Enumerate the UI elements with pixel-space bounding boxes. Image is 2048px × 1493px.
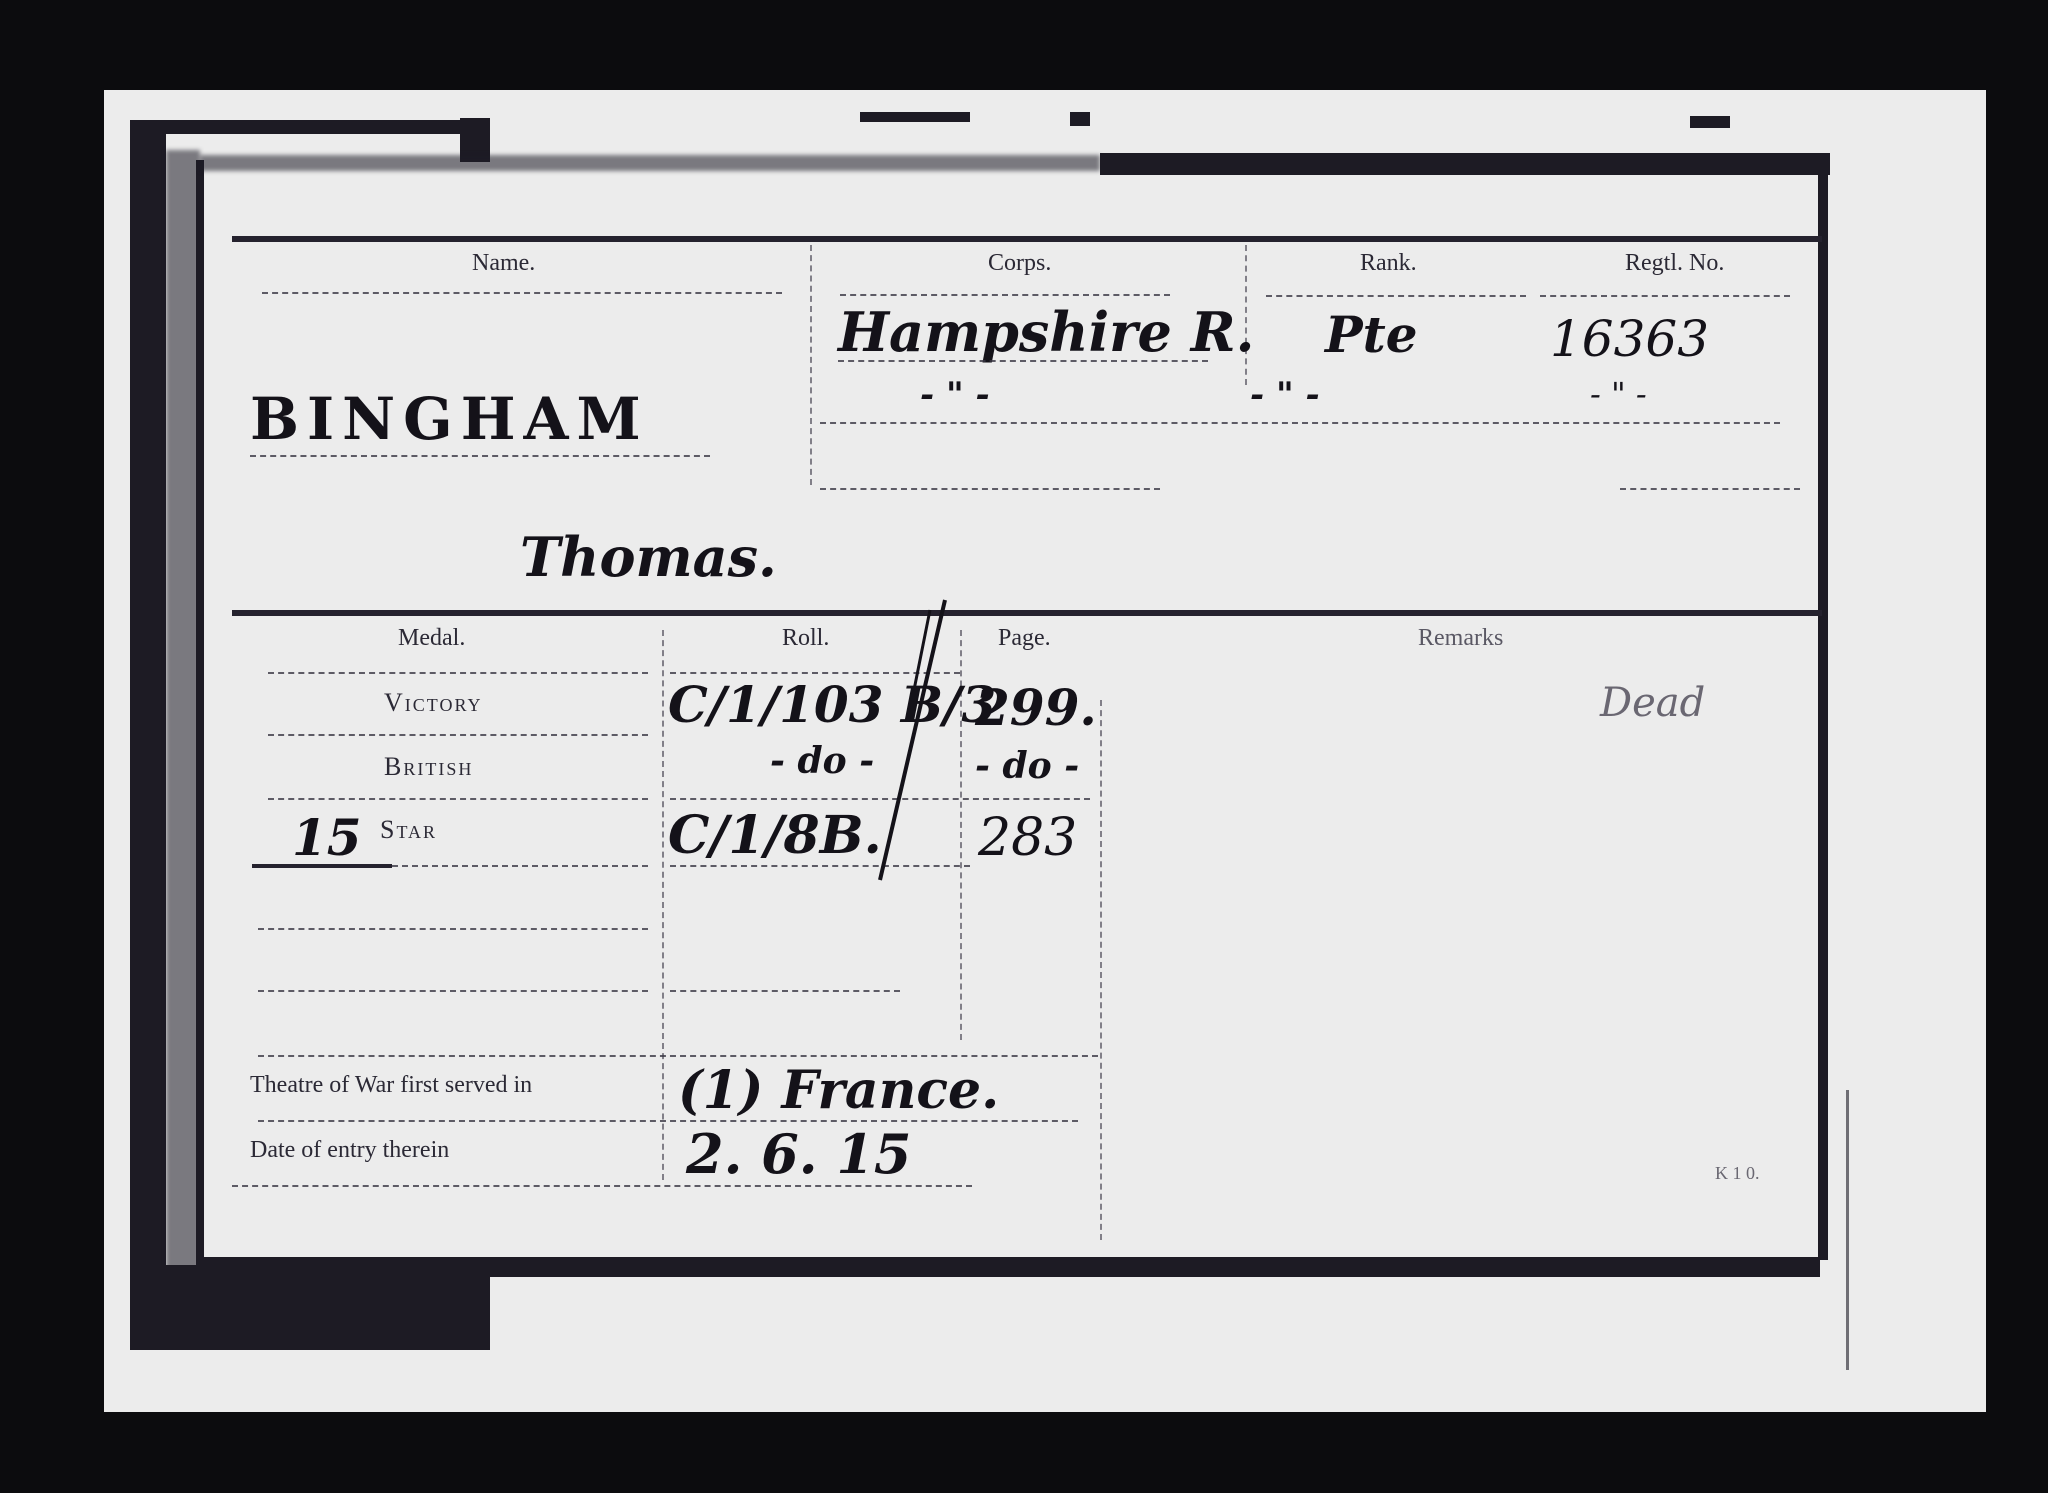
medal-row-line-3 [268, 798, 648, 800]
second-row-underline [820, 422, 1780, 424]
frame-top-mark-3 [1690, 116, 1730, 128]
theatre-label: Theatre of War first served in [250, 1072, 532, 1099]
date-label: Date of entry therein [250, 1137, 449, 1164]
theatre-row-top-line [258, 1055, 1098, 1057]
medal-row-line-4 [392, 865, 648, 867]
header-name: Name. [472, 250, 535, 277]
col-sep-name-corps [810, 245, 812, 485]
roll-slash-mark [850, 590, 970, 890]
frame-top-left-edge [130, 120, 460, 134]
forename: Thomas. [520, 525, 777, 589]
rank-ditto: - " - [1250, 375, 1320, 415]
medal-row-line-5 [258, 928, 648, 930]
surname: BINGHAM [250, 385, 649, 453]
header-remarks: Remarks [1418, 625, 1503, 652]
roll-row-line-6 [670, 990, 900, 992]
date-value: 2. 6. 15 [686, 1122, 912, 1186]
name-header-underline [262, 292, 782, 294]
frame-right-tail [1846, 1090, 1849, 1370]
header-regtl-no: Regtl. No. [1625, 250, 1724, 277]
corps-value-underline [838, 360, 1208, 362]
header-rank: Rank. [1360, 250, 1417, 277]
medal-section-rule [232, 610, 1822, 616]
third-row-underline-right [1620, 488, 1800, 490]
header-corps: Corps. [988, 250, 1051, 277]
medal-star-page: 283 [978, 808, 1077, 868]
col-sep-medal-roll [662, 630, 664, 1180]
medal-star-label: Star [380, 815, 437, 845]
frame-right [1818, 160, 1828, 1260]
corps-header-underline [840, 294, 1170, 296]
theatre-row-bottom-line [258, 1120, 1078, 1122]
form-code: K 1 0. [1715, 1163, 1760, 1184]
frame-left-outer [130, 120, 166, 1350]
header-top-rule [232, 236, 1822, 242]
theatre-value: (1) France. [678, 1060, 999, 1121]
header-page: Page. [998, 625, 1051, 652]
frame-bottom-left-block [130, 1265, 490, 1350]
third-row-underline [820, 488, 1160, 490]
header-roll: Roll. [782, 625, 829, 652]
frame-left-shadow [166, 150, 200, 1330]
medal-victory-label: Victory [384, 688, 482, 718]
date-row-bottom-line [232, 1185, 972, 1187]
medal-victory-page: 299. [975, 678, 1097, 737]
medal-british-page: - do - [975, 745, 1079, 787]
frame-top-mark-1 [860, 112, 970, 122]
medal-star-prefix: 15 [292, 808, 362, 867]
frame-top-mark-2 [1070, 112, 1090, 126]
col-sep-page-remarks [1100, 700, 1102, 1240]
remarks-value: Dead [1600, 680, 1705, 726]
corps-ditto: - " - [920, 375, 990, 415]
header-medal: Medal. [398, 625, 465, 652]
medal-row-line-1 [268, 672, 648, 674]
rank-header-underline [1266, 295, 1526, 297]
regtl-no-value: 16363 [1550, 310, 1709, 368]
frame-top-heavy [1100, 153, 1830, 175]
rank-value: Pte [1325, 305, 1418, 364]
medal-row-line-2 [268, 734, 648, 736]
surname-underline [250, 455, 710, 457]
corps-value: Hampshire R. [838, 300, 1254, 364]
frame-left-inner [196, 160, 204, 1270]
regtl-no-ditto: - " - [1590, 375, 1647, 413]
medal-row-line-6 [258, 990, 648, 992]
medal-british-label: British [384, 752, 473, 782]
regtl-header-underline [1540, 295, 1790, 297]
frame-top-soft [200, 155, 1100, 171]
